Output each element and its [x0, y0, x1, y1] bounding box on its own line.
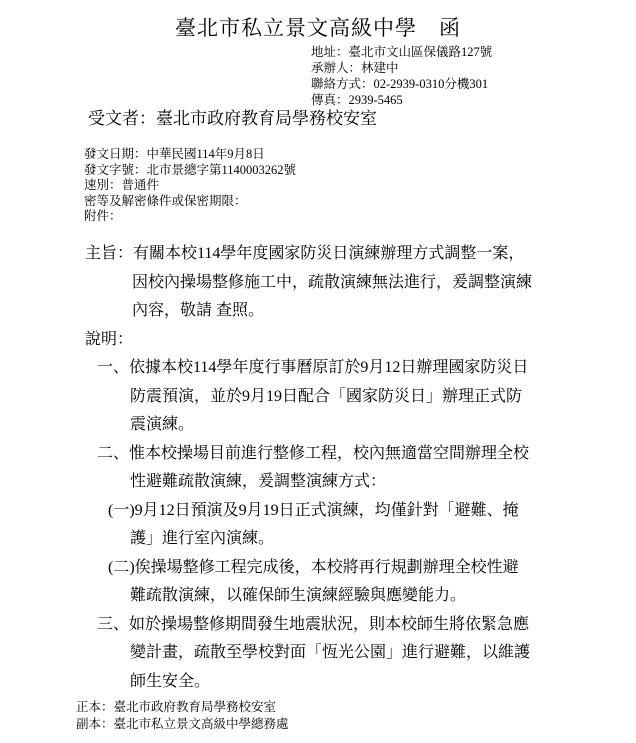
sender-fax-line: 傳真：2939-5465	[311, 92, 492, 108]
duplicate-copy-line: 副本：臺北市私立景文高級中學總務處	[76, 716, 289, 733]
subject-continuation: 因校內操場整修施工中，疏散演練無法進行，爰調整演練	[0, 269, 636, 298]
explanation-heading: 說明：	[0, 326, 636, 355]
issue-date-line: 發文日期：中華民國114年9月8日	[84, 147, 296, 163]
official-letter-document: 臺北市私立景文高級中學 函 地址：臺北市文山區保儀路127號 承辦人：林建中 聯…	[0, 0, 636, 743]
subject-continuation: 內容，敬請 查照。	[0, 297, 636, 326]
list-item-1-continuation: 防震預演，並於9月19日配合「國家防災日」辦理正式防	[0, 383, 636, 412]
sub-item-2-1-continuation: 護」進行室內演練。	[0, 525, 636, 554]
sub-item-2-1: (一)9月12日預演及9月19日正式演練，均僅針對「避難、掩	[0, 497, 636, 526]
list-item-2-continuation: 性避難疏散演練，爰調整演練方式：	[0, 468, 636, 497]
sender-info-block: 地址：臺北市文山區保儀路127號 承辦人：林建中 聯絡方式：02-2939-03…	[311, 44, 492, 108]
sender-contact-person-line: 承辦人：林建中	[311, 60, 492, 76]
list-item-3: 三、如於操場整修期間發生地震狀況，則本校師生將依緊急應	[0, 611, 636, 640]
letter-body: 主旨：有關本校114學年度國家防災日演練辦理方式調整一案， 因校內操場整修施工中…	[0, 240, 636, 696]
list-item-1-continuation: 震演練。	[0, 411, 636, 440]
original-copy-line: 正本：臺北市政府教育局學務校安室	[76, 699, 289, 716]
security-class-line: 密等及解密條件或保密期限：	[84, 194, 296, 210]
recipient-line: 受文者：臺北市政府教育局學務校安室	[88, 108, 377, 130]
list-item-2: 二、惟本校操場目前進行整修工程，校內無適當空間辦理全校	[0, 440, 636, 469]
attachment-line: 附件：	[84, 209, 296, 225]
list-item-1: 一、依據本校114學年度行事曆原訂於9月12日辦理國家防災日	[0, 354, 636, 383]
sub-item-2-2: (二)俟操場整修工程完成後，本校將再行規劃辦理全校性避	[0, 554, 636, 583]
document-title: 臺北市私立景文高級中學 函	[0, 15, 636, 42]
copies-block: 正本：臺北市政府教育局學務校安室 副本：臺北市私立景文高級中學總務處	[76, 699, 289, 733]
doc-number-line: 發文字號：北市景總字第1140003262號	[84, 163, 296, 179]
list-item-3-continuation: 師生安全。	[0, 668, 636, 697]
speed-class-line: 速別：普通件	[84, 178, 296, 194]
subject-line: 主旨：有關本校114學年度國家防災日演練辦理方式調整一案，	[0, 240, 636, 269]
sender-phone-line: 聯絡方式：02-2939-0310分機301	[311, 76, 492, 92]
document-meta-block: 發文日期：中華民國114年9月8日 發文字號：北市景總字第1140003262號…	[84, 147, 296, 225]
sub-item-2-2-continuation: 難疏散演練，以確保師生演練經驗與應變能力。	[0, 582, 636, 611]
list-item-3-continuation: 變計畫，疏散至學校對面「恆光公園」進行避難，以維護	[0, 639, 636, 668]
sender-address-line: 地址：臺北市文山區保儀路127號	[311, 44, 492, 60]
